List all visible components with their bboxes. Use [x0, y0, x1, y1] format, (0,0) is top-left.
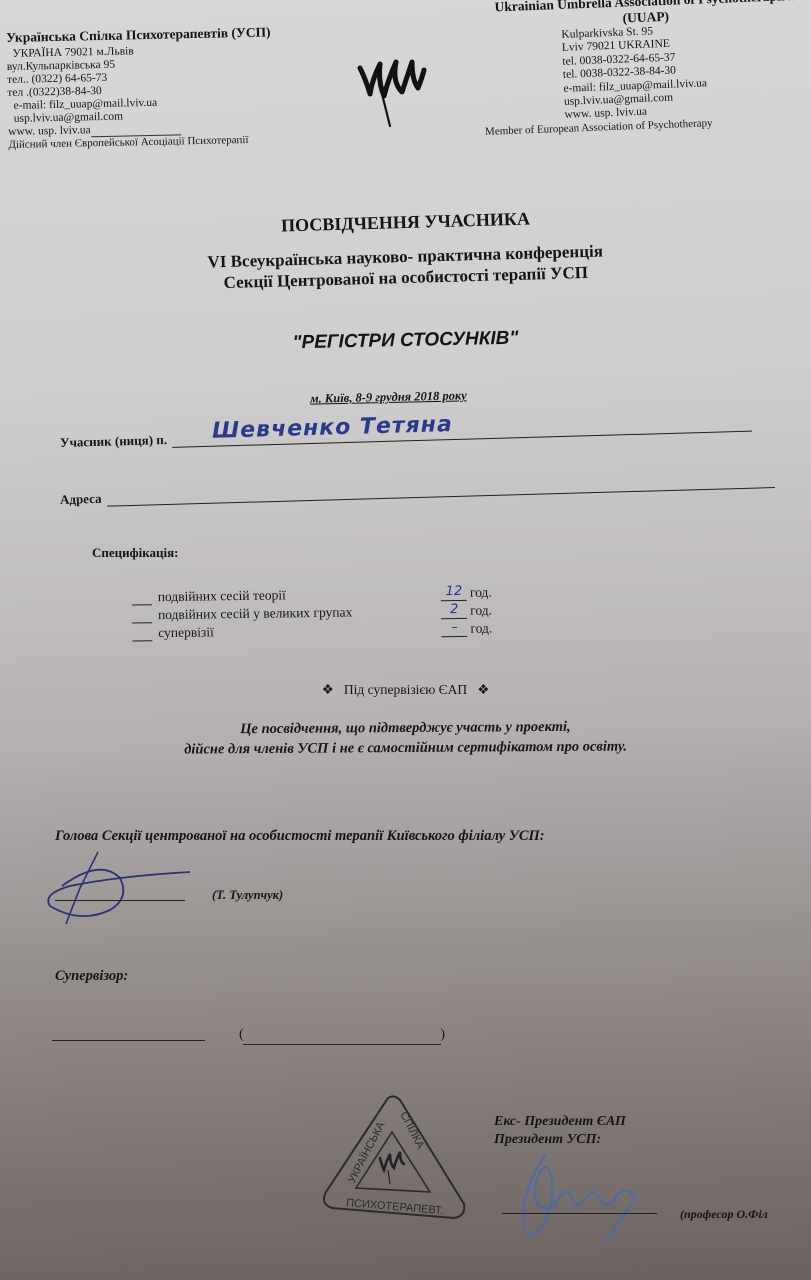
note-line: дійсне для членів УСП і не є самостійним…: [0, 735, 811, 761]
paren-open: (: [239, 1027, 244, 1043]
validity-note: Це посвідчення, що підтверджує участь у …: [0, 715, 811, 761]
usp-logo-icon: [352, 50, 442, 130]
supervisor-name-line[interactable]: ( ): [243, 1030, 441, 1045]
svg-text:ПСИХОТЕРАПЕВТ.В: ПСИХОТЕРАПЕВТ.В: [318, 1092, 444, 1217]
supervision-text: Під супервізією ЄАП: [344, 682, 467, 697]
specification-list: подвійних сесій теорії 12 год. подвійних…: [132, 582, 493, 641]
address-input[interactable]: [107, 473, 775, 507]
spec-value[interactable]: 12: [441, 583, 467, 601]
signature-head: [40, 848, 210, 928]
supervisor-label: Супервізор:: [55, 968, 128, 985]
diamond-ornament-icon: ❖: [322, 682, 334, 697]
organization-stamp: УКРАЇНСЬКА СПІЛКА ПСИХОТЕРАПЕВТ.В: [318, 1092, 468, 1222]
spec-blank[interactable]: [132, 609, 152, 623]
spec-blank[interactable]: [132, 591, 152, 605]
spec-unit: год.: [470, 583, 492, 600]
diamond-ornament-icon: ❖: [477, 682, 489, 697]
conference-name: VI Всеукраїнська науково- практична конф…: [0, 235, 811, 300]
header-left-ukrainian: Українська Спілка Психотерапевтів (УСП) …: [6, 23, 338, 152]
svg-text:СПІЛКА: СПІЛКА: [397, 1110, 426, 1152]
spec-unit: год.: [470, 619, 492, 636]
header-right-english: Ukrainian Umbrella Association of Psycho…: [480, 0, 811, 139]
participant-label: Учасник (ниця) п.: [60, 432, 167, 450]
spec-blank[interactable]: [132, 627, 152, 641]
spec-value[interactable]: 2: [441, 601, 467, 619]
president-title: Екс- Президент ЄАП Президент УСП:: [494, 1113, 626, 1149]
conference-slogan: "РЕГІСТРИ СТОСУНКІВ": [0, 322, 811, 361]
president-name: (професор О.Філ: [680, 1207, 768, 1222]
signature-president: [505, 1145, 675, 1255]
place-date: м. Київ, 8-9 грудня 2018 року: [310, 388, 467, 406]
president-line: Екс- Президент ЄАП: [494, 1113, 626, 1131]
address-label: Адреса: [60, 491, 102, 507]
supervision-note: ❖ Під супервізією ЄАП ❖: [0, 682, 811, 698]
participant-name-handwritten: Шевченко Тетяна: [212, 412, 453, 444]
spec-value[interactable]: –: [441, 619, 467, 637]
signature-line: [55, 900, 185, 901]
specification-heading: Специфікація:: [92, 545, 179, 561]
participant-field: Учасник (ниця) п. Шевченко Тетяна: [60, 413, 753, 451]
spec-unit: год.: [470, 601, 492, 618]
head-name: (Т. Тулупчук): [212, 888, 283, 903]
signature-line: [502, 1213, 657, 1214]
spec-label: супервізії: [158, 620, 441, 641]
supervisor-signature-line[interactable]: [52, 1040, 205, 1041]
participant-input[interactable]: Шевченко Тетяна: [172, 413, 752, 448]
head-of-section-label: Голова Секції центрованої на особистості…: [55, 828, 545, 845]
paren-close: ): [440, 1027, 445, 1043]
address-field: Адреса: [60, 472, 775, 508]
